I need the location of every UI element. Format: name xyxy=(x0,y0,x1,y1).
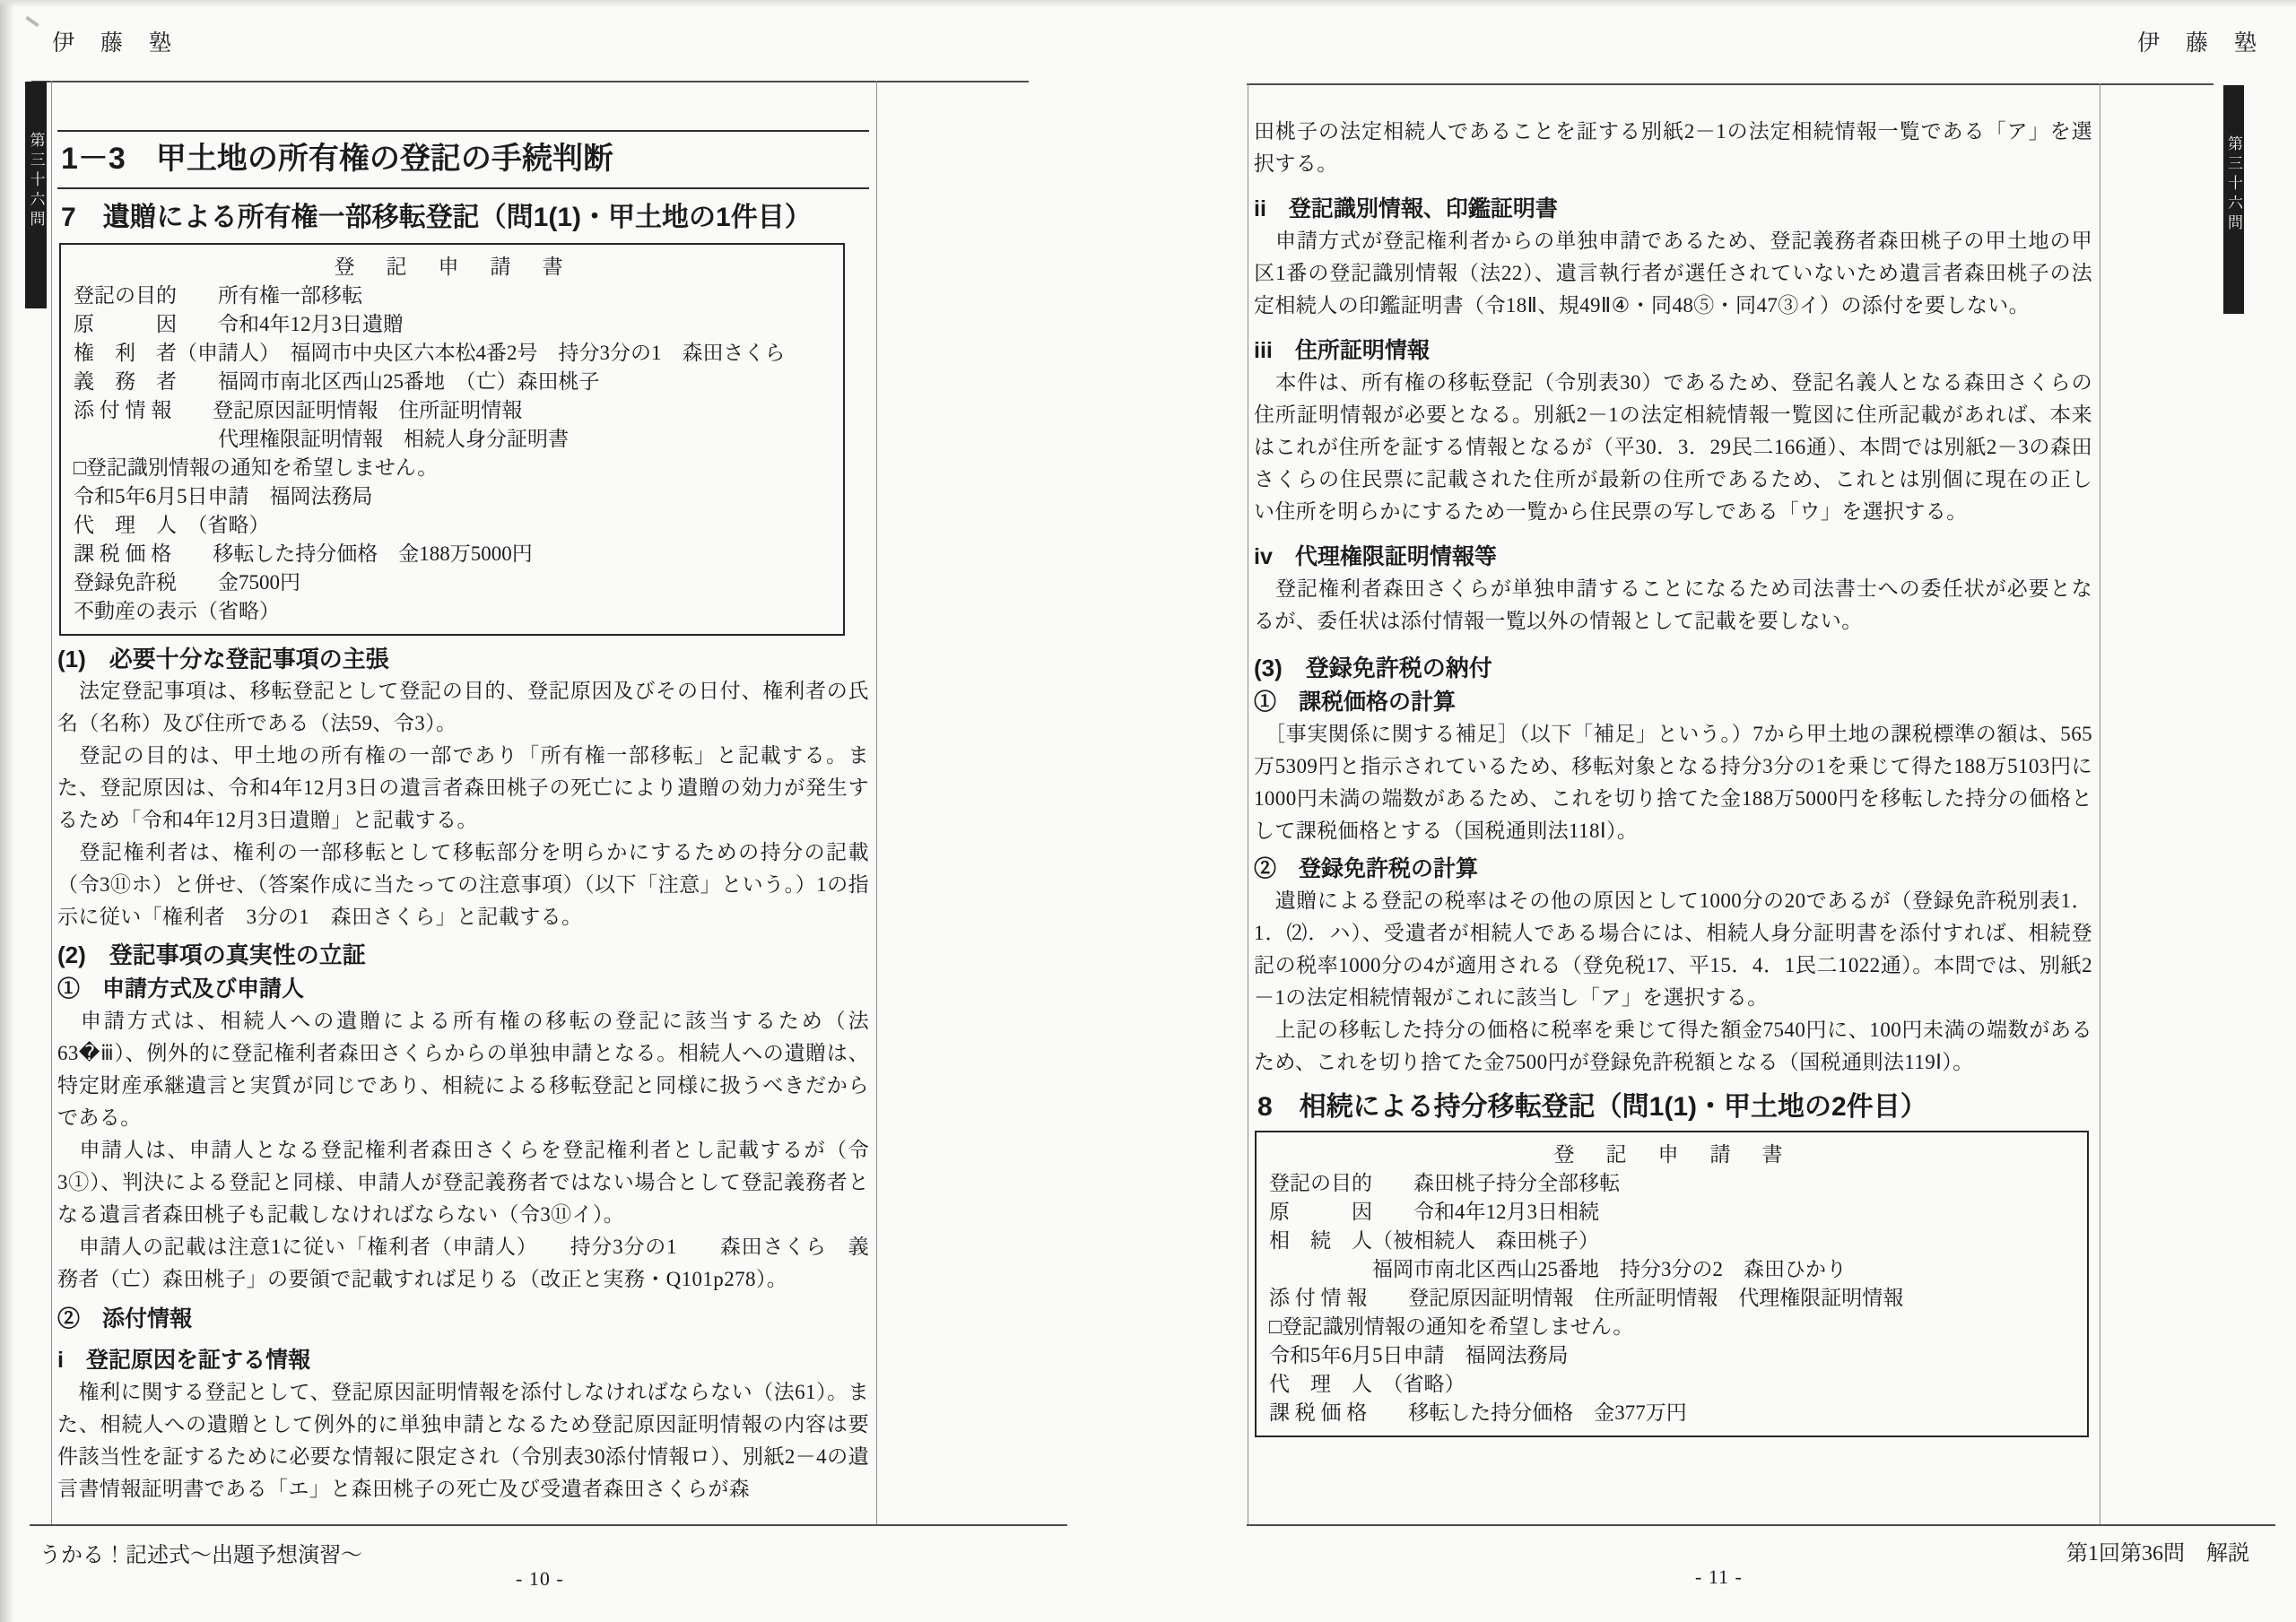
form2-row-heir: 相 続 人（被相続人 森田桃子） xyxy=(1269,1227,2073,1255)
paragraph: 遺贈による登記の税率はその他の原因として1000分の20であるが（登録免許税別表… xyxy=(1254,885,2092,1014)
heading-2-authenticity: (2) 登記事項の真実性の立証 xyxy=(57,939,869,971)
heading-attached-information: ② 添付情報 xyxy=(57,1303,869,1335)
section-8-heading: 8 相続による持分移転登記（問1(1)・甲土地の2件目） xyxy=(1254,1091,2092,1123)
right-footer-question-label: 第1回第36問 解説 xyxy=(2066,1535,2249,1566)
heading-3-license-tax-payment: (3) 登録免許税の納付 xyxy=(1254,652,2092,684)
scan-artifact xyxy=(25,16,39,27)
paragraph: 本件は、所有権の移転登記（令別表30）であるため、登記名義人となる森田さくらの住… xyxy=(1254,367,2092,528)
form1-row-purpose: 登記の目的 所有権一部移転 xyxy=(74,282,829,310)
heading-i-cause-information: i 登記原因を証する情報 xyxy=(57,1344,869,1376)
right-page-number: - 11 - xyxy=(1695,1566,1743,1589)
form1-row-id-notice-checkbox: □登記識別情報の通知を希望しません。 xyxy=(74,454,829,482)
heading-license-tax-calc: ② 登録免許税の計算 xyxy=(1254,853,2092,885)
form1-title: 登 記 申 請 書 xyxy=(74,253,829,282)
left-page-column: 1－3 甲土地の所有権の登記の手続判断 7 遺贈による所有権一部移転登記（問1(… xyxy=(51,81,877,1524)
left-footer-series-title: うかる！記述式～出題予想演習～ xyxy=(39,1537,362,1568)
form2-row-attachments: 添 付 情 報 登記原因証明情報 住所証明情報 代理権限証明情報 xyxy=(1269,1284,2073,1313)
heading-application-method: ① 申請方式及び申請人 xyxy=(57,973,869,1005)
form2-row-application-date: 令和5年6月5日申請 福岡法務局 xyxy=(1269,1341,2073,1370)
paragraph: 申請方式は、相続人への遺贈による所有権の移転の登記に該当するため（法63�ⅲ）、… xyxy=(57,1005,869,1134)
form1-row-cause: 原 因 令和4年12月3日遺贈 xyxy=(74,310,829,339)
registration-application-form-2: 登 記 申 請 書 登記の目的 森田桃子持分全部移転 原 因 令和4年12月3日… xyxy=(1255,1131,2089,1437)
form2-title: 登 記 申 請 書 xyxy=(1269,1141,2073,1169)
form1-row-rightholder: 権 利 者（申請人） 福岡市中央区六本松4番2号 持分3分の1 森田さくら xyxy=(74,339,829,368)
heading-1-registration-matters: (1) 必要十分な登記事項の主張 xyxy=(57,643,869,675)
right-page-column: 田桃子の法定相続人であることを証する別紙2－1の法定相続情報一覧である「ア」を選… xyxy=(1248,83,2100,1524)
form1-row-agent: 代 理 人 （省略） xyxy=(74,511,829,540)
form2-row-purpose: 登記の目的 森田桃子持分全部移転 xyxy=(1269,1169,2073,1198)
form2-row-heir-address: 福岡市南北区西山25番地 持分3分の2 森田ひかり xyxy=(1269,1255,2073,1284)
right-question-tab: 第三十六問 xyxy=(2223,85,2244,314)
form2-row-cause: 原 因 令和4年12月3日相続 xyxy=(1269,1198,2073,1227)
paragraph: ［事実関係に関する補足］（以下「補足」という。）7から甲土地の課税標準の額は、5… xyxy=(1254,718,2092,847)
paragraph: 権利に関する登記として、登記原因証明情報を添付しなければならない（法61）。また… xyxy=(57,1376,869,1505)
form2-row-taxable-value: 課 税 価 格 移転した持分価格 金377万円 xyxy=(1269,1399,2073,1427)
registration-application-form-1: 登 記 申 請 書 登記の目的 所有権一部移転 原 因 令和4年12月3日遺贈 … xyxy=(59,243,845,636)
paragraph-continuation: 田桃子の法定相続人であることを証する別紙2－1の法定相続情報一覧である「ア」を選… xyxy=(1254,116,2092,180)
left-question-tab: 第三十六問 xyxy=(25,82,47,308)
paragraph: 登記権利者森田さくらが単独申請することになるため司法書士への委任状が必要となるが… xyxy=(1254,573,2092,638)
right-footer-rule xyxy=(1247,1524,2275,1526)
left-brand-itojuku: 伊 藤 塾 xyxy=(52,25,173,57)
paragraph: 法定登記事項は、移転登記として登記の目的、登記原因及びその日付、権利者の氏名（名… xyxy=(57,675,869,740)
paragraph: 申請方式が登記権利者からの単独申請であるため、登記義務者森田桃子の甲土地の甲区1… xyxy=(1254,225,2092,322)
form2-row-id-notice-checkbox: □登記識別情報の通知を希望しません。 xyxy=(1269,1313,2073,1341)
form1-row-property: 不動産の表示（省略） xyxy=(74,597,829,626)
scan-edge-shadow-left xyxy=(0,0,14,1622)
section-7-heading: 7 遺贈による所有権一部移転登記（問1(1)・甲土地の1件目） xyxy=(57,202,869,234)
scan-edge-shadow-top xyxy=(0,0,2296,7)
right-brand-itojuku: 伊 藤 塾 xyxy=(2137,25,2258,57)
form1-row-license-tax: 登録免許税 金7500円 xyxy=(74,568,829,597)
paragraph: 申請人は、申請人となる登記権利者森田さくらを登記権利者とし記載するが（令3①）、… xyxy=(57,1134,869,1231)
paragraph: 上記の移転した持分の価格に税率を乗じて得た額金7540円に、100円未満の端数が… xyxy=(1254,1014,2092,1079)
right-question-tab-label: 第三十六問 xyxy=(2222,135,2245,314)
chapter-title-block: 1－3 甲土地の所有権の登記の手続判断 xyxy=(57,130,869,189)
heading-ii-identification-seal: ii 登記識別情報、印鑑証明書 xyxy=(1254,193,2092,225)
form1-row-obligor: 義 務 者 福岡市南北区西山25番地 （亡）森田桃子 xyxy=(74,368,829,396)
form1-row-application-date: 令和5年6月5日申請 福岡法務局 xyxy=(74,482,829,511)
paragraph: 登記権利者は、権利の一部移転として移転部分を明らかにするための持分の記載（令3⑪… xyxy=(57,837,869,933)
heading-iv-agent-authority: iv 代理権限証明情報等 xyxy=(1254,541,2092,573)
paragraph: 申請人の記載は注意1に従い「権利者（申請人） 持分3分の1 森田さくら 義務者（… xyxy=(57,1231,869,1296)
heading-taxable-value-calc: ① 課税価格の計算 xyxy=(1254,686,2092,718)
form1-row-taxable-value: 課 税 価 格 移転した持分価格 金188万5000円 xyxy=(74,540,829,568)
form1-row-attachments-1: 添 付 情 報 登記原因証明情報 住所証明情報 xyxy=(74,396,829,425)
chapter-title: 1－3 甲土地の所有権の登記の手続判断 xyxy=(61,143,865,174)
paragraph: 登記の目的は、甲土地の所有権の一部であり「所有権一部移転」と記載する。また、登記… xyxy=(57,740,869,837)
form1-row-attachments-2: 代理権限証明情報 相続人身分証明書 xyxy=(74,425,829,454)
left-question-tab-label: 第三十六問 xyxy=(25,132,48,308)
left-footer-rule xyxy=(30,1524,1067,1526)
form2-row-agent: 代 理 人 （省略） xyxy=(1269,1370,2073,1399)
heading-iii-address-proof: iii 住所証明情報 xyxy=(1254,334,2092,367)
left-page-number: - 10 - xyxy=(516,1567,564,1591)
scanned-spread: 伊 藤 塾 第三十六問 1－3 甲土地の所有権の登記の手続判断 7 遺贈による所… xyxy=(0,0,2296,1622)
